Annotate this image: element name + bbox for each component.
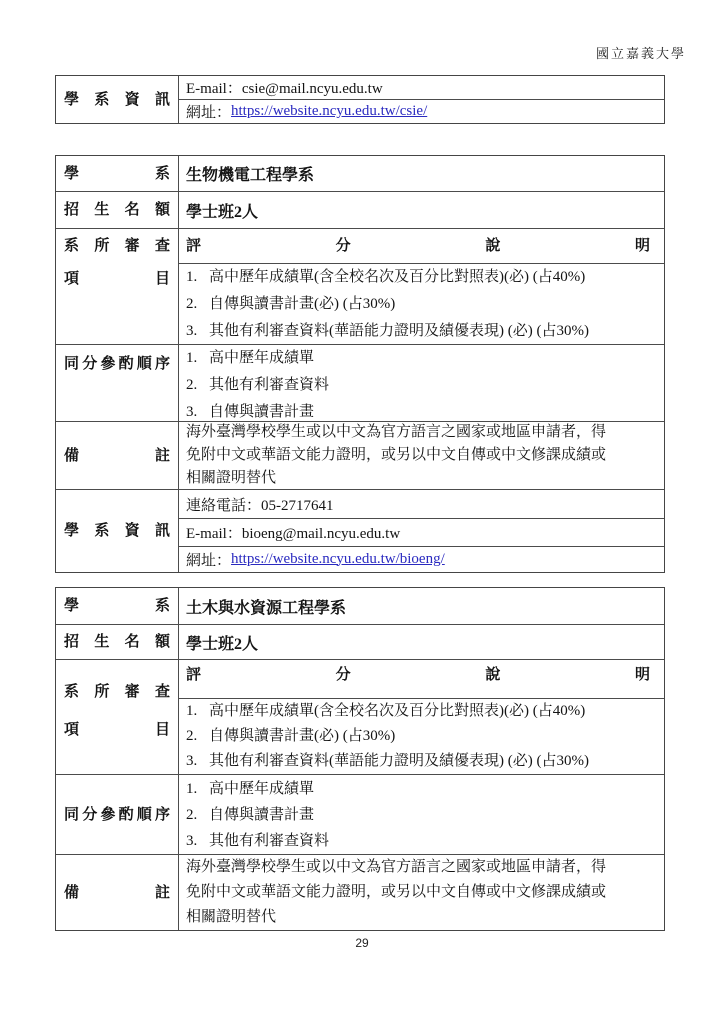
table-dept-bioeng: 學 系 生物機電工程學系 招 生 名 額 學士班2人 系 所 審 查 項 目 評…: [55, 155, 665, 573]
page-header-university-name: 國立嘉義大學: [596, 43, 686, 62]
tiebreak-row: 同分參酌順序 1.高中歷年成績單 2.自傳與讀書計畫 3.其他有利審查資料: [56, 774, 664, 854]
page-number: 29: [0, 936, 724, 950]
quota-label: 招 生 名 額: [56, 625, 179, 659]
note-text: 海外臺灣學校學生或以中文為官方語言之國家或地區申請者，得 免附中文或華語文能力證…: [179, 855, 664, 930]
dept-name: 生物機電工程學系: [179, 162, 664, 185]
dept-info-content: 連絡電話：05-2717641 E-mail：bioeng@mail.ncyu.…: [179, 490, 664, 572]
dept-label: 學 系: [56, 588, 179, 624]
table-dept-civil: 學 系 土木與水資源工程學系 招 生 名 額 學士班2人 系 所 審 查 項 目…: [55, 587, 665, 931]
list-item: 3.其他有利審查資料: [186, 828, 664, 854]
note-row: 備 註 海外臺灣學校學生或以中文為官方語言之國家或地區申請者，得 免附中文或華語…: [56, 854, 664, 930]
quota-value: 學士班2人: [179, 631, 664, 654]
review-items-label: 系 所 審 查 項 目: [56, 229, 179, 344]
phone-row: 連絡電話：05-2717641: [179, 490, 664, 518]
review-items-row: 系 所 審 查 項 目 評 分 說 明 1.高中歷年成績單(含全校名次及百分比對…: [56, 659, 664, 774]
list-item: 1.高中歷年成績單(含全校名次及百分比對照表)(必) (占40%): [186, 699, 664, 724]
tiebreak-items-list: 1.高中歷年成績單 2.其他有利審查資料 3.自傳與讀書計畫: [179, 345, 664, 426]
list-item: 3.其他有利審查資料(華語能力證明及績優表現) (必) (占30%): [186, 749, 664, 774]
website-row: 網址：https://website.ncyu.edu.tw/csie/: [179, 99, 664, 123]
tiebreak-label: 同分參酌順序: [56, 345, 179, 421]
tiebreak-label: 同分參酌順序: [56, 775, 179, 854]
quota-label: 招 生 名 額: [56, 192, 179, 228]
note-label: 備 註: [56, 855, 179, 930]
tiebreak-row: 同分參酌順序 1.高中歷年成績單 2.其他有利審查資料 3.自傳與讀書計畫: [56, 344, 664, 421]
note-row: 備 註 海外臺灣學校學生或以中文為官方語言之國家或地區申請者，得 免附中文或華語…: [56, 421, 664, 489]
score-description-header: 評 分 說 明: [179, 660, 664, 699]
email-text: E-mail：csie@mail.ncyu.edu.tw: [186, 77, 383, 98]
table-row: 學 系 資 訊 E-mail：csie@mail.ncyu.edu.tw 網址：…: [56, 76, 664, 123]
phone-text: 連絡電話：05-2717641: [186, 494, 334, 515]
dept-info-label: 學 系 資 訊: [56, 490, 179, 572]
quota-row: 招 生 名 額 學士班2人: [56, 191, 664, 228]
quota-value: 學士班2人: [179, 199, 664, 222]
email-text: E-mail：bioeng@mail.ncyu.edu.tw: [186, 522, 400, 543]
website-link[interactable]: https://website.ncyu.edu.tw/bioeng/: [231, 551, 445, 568]
list-item: 2.自傳與讀書計畫(必) (占30%): [186, 724, 664, 749]
dept-row: 學 系 土木與水資源工程學系: [56, 588, 664, 624]
score-description-header: 評 分 說 明: [179, 229, 664, 264]
document-page: 國立嘉義大學 學 系 資 訊 E-mail：csie@mail.ncyu.edu…: [0, 0, 724, 1024]
tiebreak-items-list: 1.高中歷年成績單 2.自傳與讀書計畫 3.其他有利審查資料: [179, 775, 664, 854]
list-item: 1.高中歷年成績單(含全校名次及百分比對照表)(必) (占40%): [186, 264, 664, 291]
review-items-list: 1.高中歷年成績單(含全校名次及百分比對照表)(必) (占40%) 2.自傳與讀…: [179, 699, 664, 774]
list-item: 3.其他有利審查資料(華語能力證明及績優表現) (必) (占30%): [186, 318, 664, 345]
dept-name: 土木與水資源工程學系: [179, 595, 664, 618]
dept-info-row: 學 系 資 訊 連絡電話：05-2717641 E-mail：bioeng@ma…: [56, 489, 664, 572]
table-dept-info-csie: 學 系 資 訊 E-mail：csie@mail.ncyu.edu.tw 網址：…: [55, 75, 665, 124]
list-item: 1.高中歷年成績單: [186, 345, 664, 372]
dept-info-content: E-mail：csie@mail.ncyu.edu.tw 網址：https://…: [179, 76, 664, 123]
email-row: E-mail：csie@mail.ncyu.edu.tw: [179, 76, 664, 99]
dept-info-label: 學 系 資 訊: [56, 76, 179, 123]
quota-row: 招 生 名 額 學士班2人: [56, 624, 664, 659]
list-item: 2.其他有利審查資料: [186, 372, 664, 399]
list-item: 1.高中歷年成績單: [186, 776, 664, 802]
list-item: 2.自傳與讀書計畫(必) (占30%): [186, 291, 664, 318]
review-items-list: 1.高中歷年成績單(含全校名次及百分比對照表)(必) (占40%) 2.自傳與讀…: [179, 264, 664, 345]
review-items-row: 系 所 審 查 項 目 評 分 說 明 1.高中歷年成績單(含全校名次及百分比對…: [56, 228, 664, 344]
list-item: 2.自傳與讀書計畫: [186, 802, 664, 828]
website-label: 網址：: [186, 101, 231, 122]
website-label: 網址：: [186, 549, 231, 570]
website-link[interactable]: https://website.ncyu.edu.tw/csie/: [231, 103, 427, 120]
dept-label: 學 系: [56, 156, 179, 191]
website-row: 網址：https://website.ncyu.edu.tw/bioeng/: [179, 546, 664, 571]
dept-row: 學 系 生物機電工程學系: [56, 156, 664, 191]
note-label: 備 註: [56, 422, 179, 489]
email-row: E-mail：bioeng@mail.ncyu.edu.tw: [179, 518, 664, 546]
review-items-label: 系 所 審 查 項 目: [56, 660, 179, 774]
note-text: 海外臺灣學校學生或以中文為官方語言之國家或地區申請者，得 免附中文或華語文能力證…: [179, 422, 664, 489]
